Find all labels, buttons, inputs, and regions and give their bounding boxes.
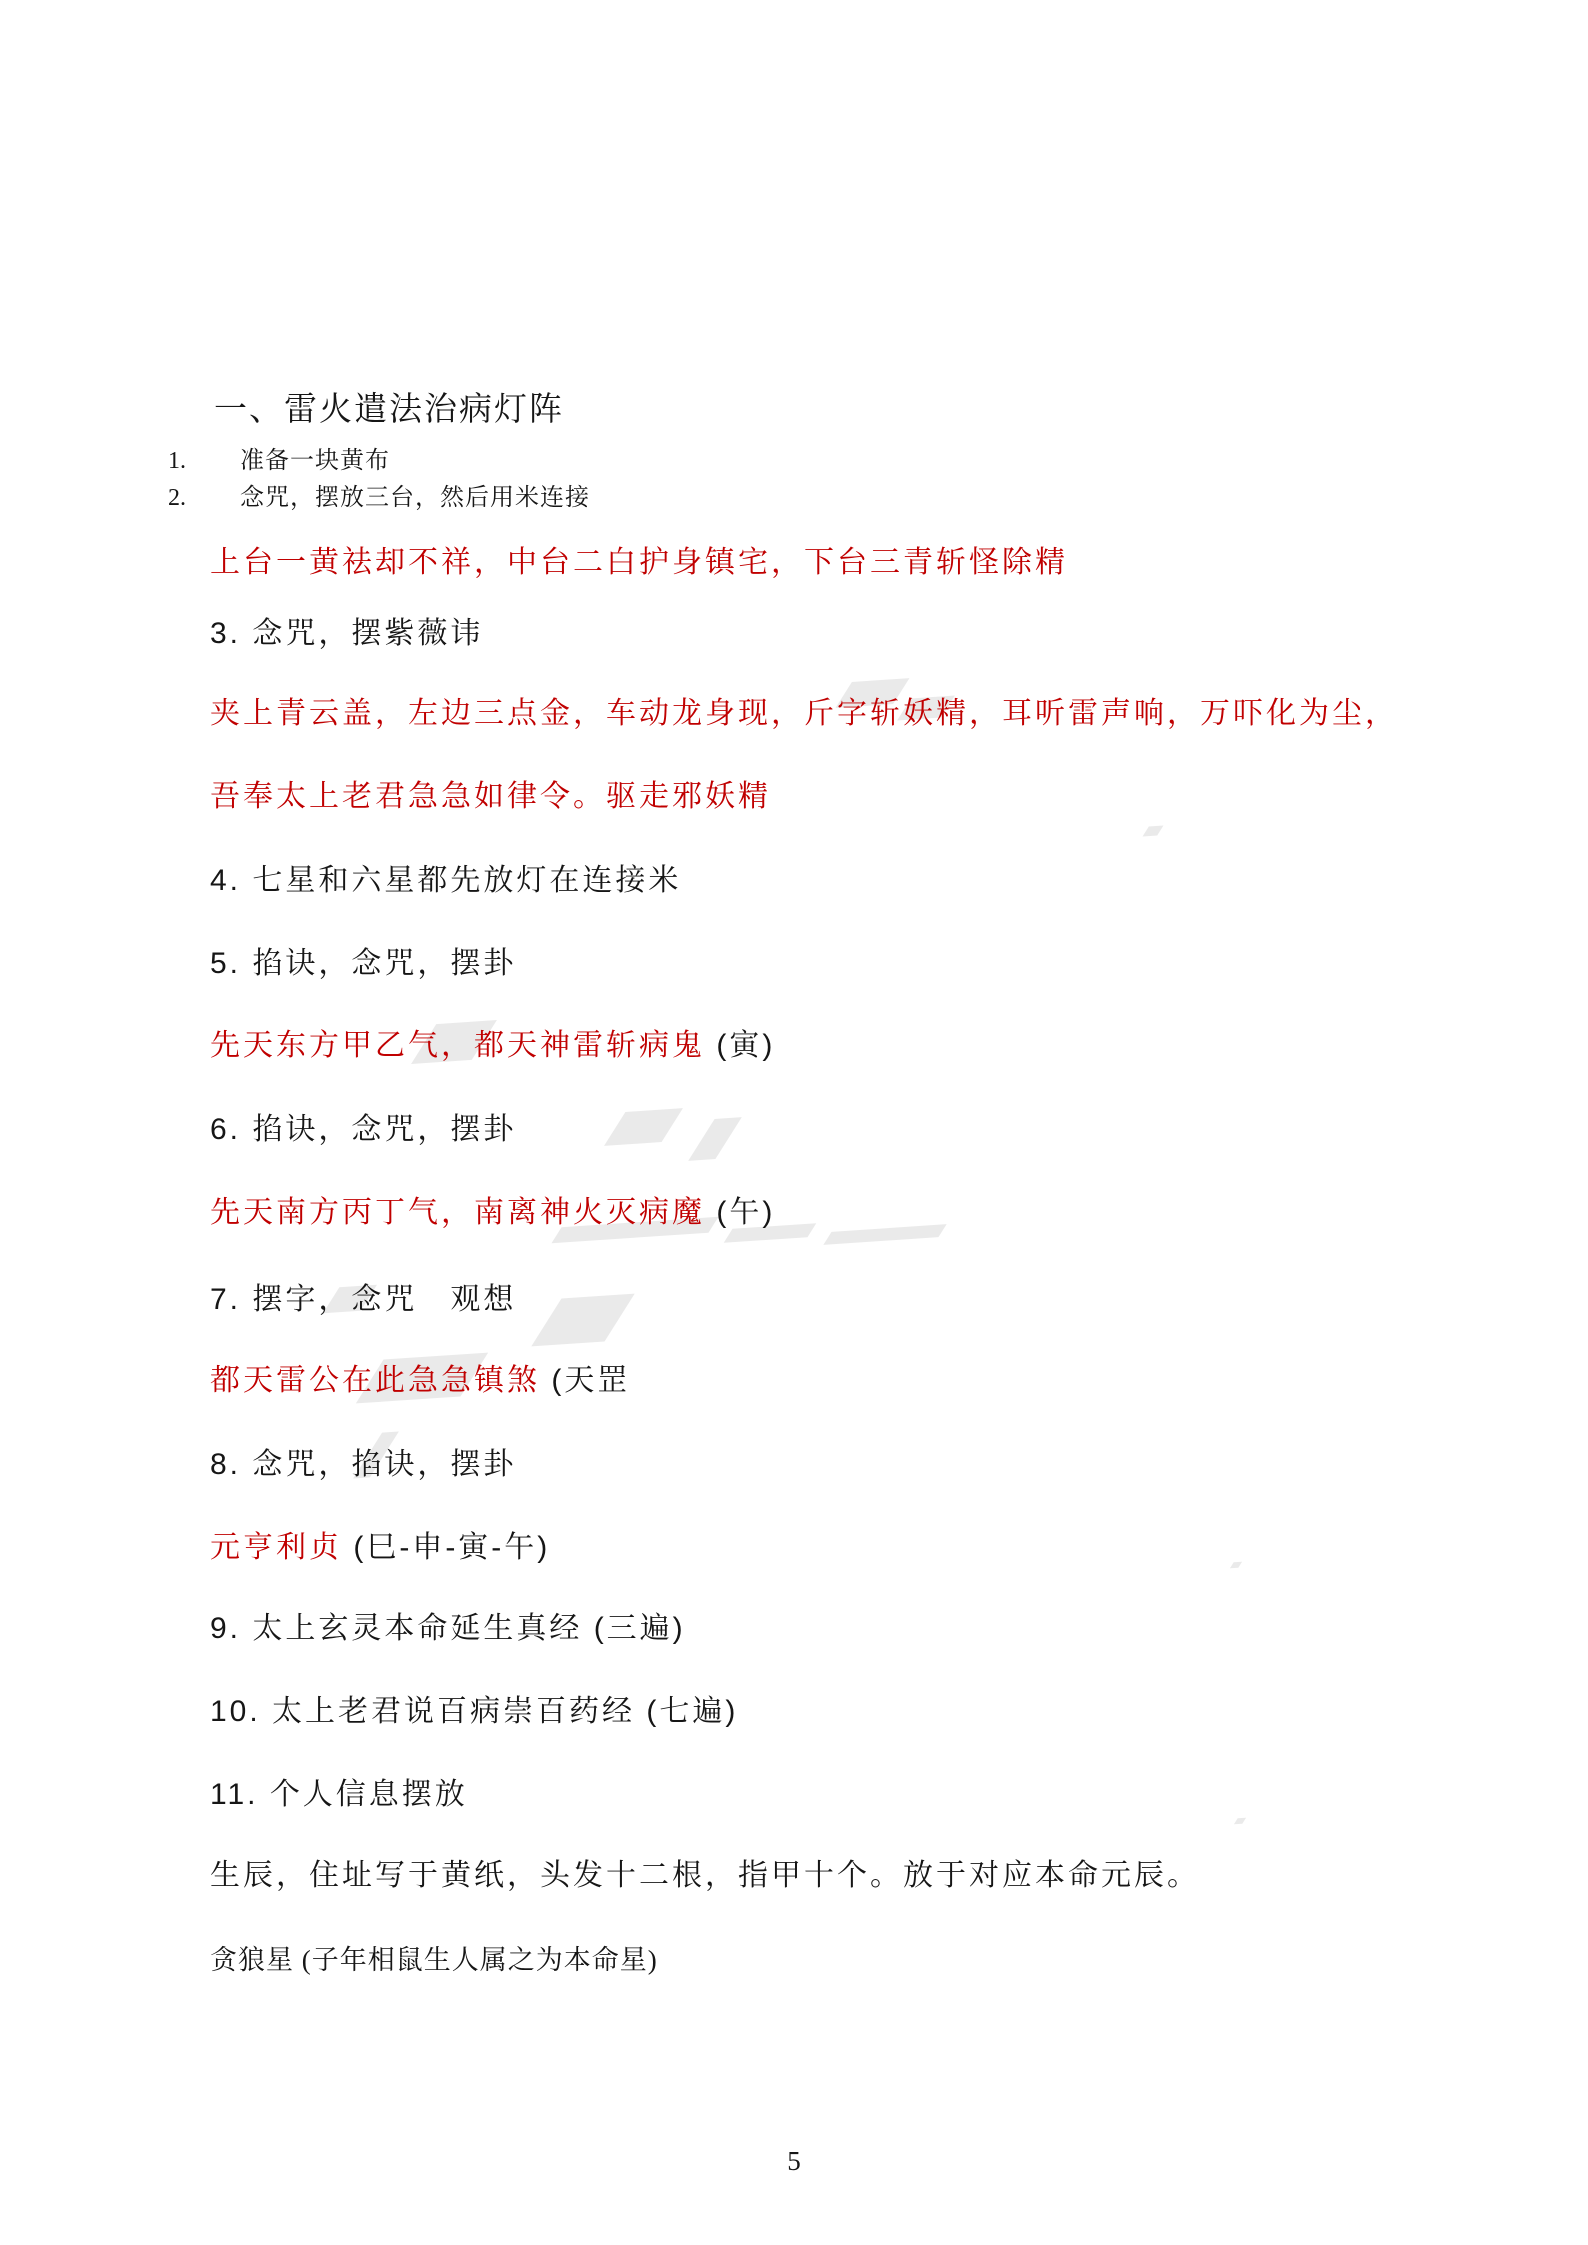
step-line: 4. 七星和六星都先放灯在连接米	[210, 861, 681, 901]
red-text: 先天东方甲乙气，都天神雷斩病鬼	[210, 1029, 705, 1062]
step-text: 10. 太上老君说百病崇百药经 (七遍)	[210, 1695, 738, 1728]
step-text: 6. 掐诀，念咒，摆卦	[210, 1113, 516, 1146]
step-text: 5. 掐诀，念咒，摆卦	[210, 947, 516, 980]
list-item: 2.念咒，摆放三台，然后用米连接	[168, 477, 590, 512]
step-text: 8. 念咒，掐诀，摆卦	[210, 1448, 516, 1481]
step-line: 11. 个人信息摆放	[210, 1775, 468, 1815]
note-text: (寅)	[705, 1029, 775, 1062]
step-line: 6. 掐诀，念咒，摆卦	[210, 1110, 516, 1150]
red-text: 吾奉太上老君急急如律令。驱走邪妖精	[210, 780, 771, 813]
step-text: 7. 摆字，念咒 观想	[210, 1283, 516, 1316]
list-item-number: 1.	[168, 448, 240, 475]
document-content: 一、雷火遣法治病灯阵 1.准备一块黄布 2.念咒，摆放三台，然后用米连接 上台一…	[0, 0, 1588, 2245]
document-page: 一、雷火遣法治病灯阵 1.准备一块黄布 2.念咒，摆放三台，然后用米连接 上台一…	[0, 0, 1588, 2245]
list-item: 1.准备一块黄布	[168, 440, 390, 475]
incantation-line: 上台一黄祛却不祥，中台二白护身镇宅，下台三青斩怪除精	[210, 543, 1068, 583]
list-item-number: 2.	[168, 485, 240, 512]
list-item-text: 准备一块黄布	[240, 448, 390, 474]
incantation-line: 先天东方甲乙气，都天神雷斩病鬼 (寅)	[210, 1026, 775, 1066]
red-text: 都天雷公在此急急镇煞	[210, 1364, 540, 1397]
incantation-line: 元亨利贞 (巳-申-寅-午)	[210, 1528, 550, 1568]
body-line: 生辰，住址写于黄纸，头发十二根，指甲十个。放于对应本命元辰。	[210, 1856, 1200, 1896]
step-text: 3. 念咒，摆紫薇讳	[210, 617, 483, 650]
step-text: 9. 太上玄灵本命延生真经 (三遍)	[210, 1612, 686, 1645]
incantation-line: 夹上青云盖，左边三点金，车动龙身现，斤字斩妖精，耳听雷声响，万吓化为尘，	[210, 694, 1398, 734]
note-text: (天罡	[540, 1364, 630, 1397]
note-text: (巳-申-寅-午)	[342, 1531, 550, 1564]
red-text: 先天南方丙丁气，南离神火灭病魔	[210, 1196, 705, 1229]
step-line: 5. 掐诀，念咒，摆卦	[210, 944, 516, 984]
red-text: 夹上青云盖，左边三点金，车动龙身现，斤字斩妖精，耳听雷声响，万吓化为尘，	[210, 697, 1398, 730]
step-line: 10. 太上老君说百病崇百药经 (七遍)	[210, 1692, 738, 1732]
note-text: (午)	[705, 1196, 775, 1229]
star-note-line: 贪狼星 (子年相鼠生人属之为本命星)	[210, 1940, 658, 1980]
body-text: 贪狼星 (子年相鼠生人属之为本命星)	[210, 1945, 658, 1975]
section-heading: 一、雷火遣法治病灯阵	[214, 383, 564, 430]
step-line: 9. 太上玄灵本命延生真经 (三遍)	[210, 1609, 686, 1649]
red-text: 上台一黄祛却不祥，中台二白护身镇宅，下台三青斩怪除精	[210, 546, 1068, 579]
red-text: 元亨利贞	[210, 1531, 342, 1564]
incantation-line: 先天南方丙丁气，南离神火灭病魔 (午)	[210, 1193, 775, 1233]
body-text: 生辰，住址写于黄纸，头发十二根，指甲十个。放于对应本命元辰。	[210, 1859, 1200, 1892]
incantation-line: 都天雷公在此急急镇煞 (天罡	[210, 1361, 630, 1401]
step-line: 8. 念咒，掐诀，摆卦	[210, 1445, 516, 1485]
step-line: 7. 摆字，念咒 观想	[210, 1280, 516, 1320]
list-item-text: 念咒，摆放三台，然后用米连接	[240, 485, 590, 511]
step-text: 11. 个人信息摆放	[210, 1778, 468, 1811]
step-line: 3. 念咒，摆紫薇讳	[210, 614, 483, 654]
page-number: 5	[0, 2146, 1588, 2177]
step-text: 4. 七星和六星都先放灯在连接米	[210, 864, 681, 897]
incantation-line: 吾奉太上老君急急如律令。驱走邪妖精	[210, 777, 771, 817]
